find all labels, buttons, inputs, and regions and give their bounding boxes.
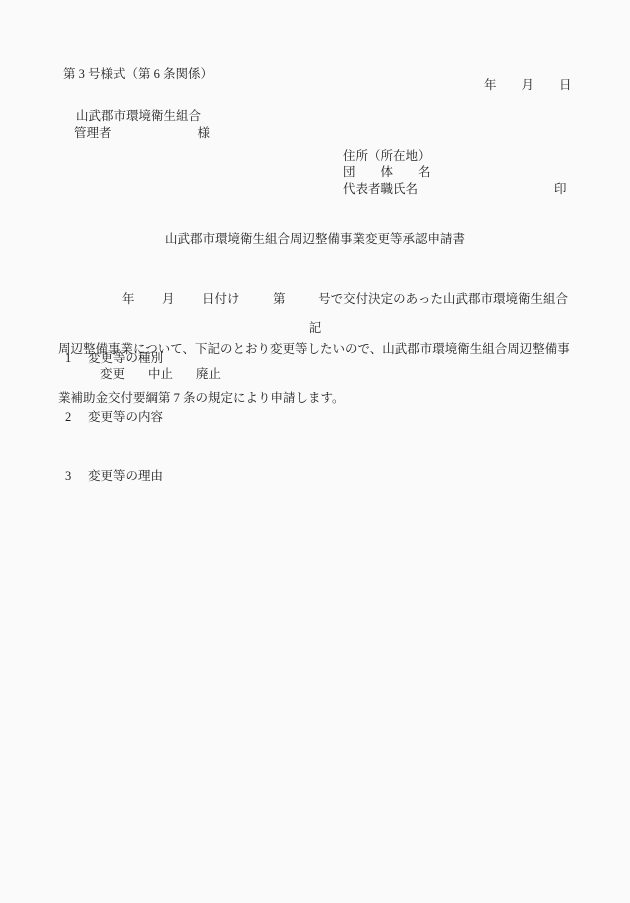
list-item-3: 3変更等の理由 (65, 468, 163, 484)
option-suspend: 中止 (148, 366, 173, 382)
item-2-label: 変更等の内容 (88, 410, 163, 424)
addressee-role-line: 管理者様 (74, 125, 210, 141)
document-page: { "page": { "background_color": "#fafafa… (0, 0, 630, 903)
date-month-label: 月 (522, 77, 535, 93)
body-line-1: 年月日付け第号で交付決定のあった山武郡市環境衛生組合 (58, 291, 578, 308)
seal-mark: 印 (554, 181, 567, 197)
item-1-number: 1 (65, 350, 88, 366)
addressee-role: 管理者 (74, 126, 112, 140)
body-day-label: 日付け (202, 291, 240, 308)
form-number: 第 3 号様式（第 6 条関係） (63, 66, 213, 82)
body-number-prefix-label: 第 (273, 291, 286, 308)
item-3-number: 3 (65, 468, 88, 484)
list-item-1: 1変更等の種別 (65, 350, 163, 366)
body-year-label: 年 (122, 291, 135, 308)
date-year-label: 年 (484, 78, 497, 92)
body-paragraph: 年月日付け第号で交付決定のあった山武郡市環境衛生組合 周辺整備事業について、下記… (58, 258, 578, 423)
list-item-2: 2変更等の内容 (65, 409, 163, 425)
body-line-1-tail: 号で交付決定のあった山武郡市環境衛生組合 (318, 291, 568, 308)
item-2-number: 2 (65, 409, 88, 425)
applicant-representative-line: 代表者職氏名印 (343, 181, 567, 197)
date-line: 年月日 (484, 77, 572, 93)
option-change: 変更 (100, 366, 125, 382)
addressee-organization: 山武郡市環境衛生組合 (76, 108, 201, 124)
item-1-label: 変更等の種別 (88, 351, 163, 365)
applicant-group-name-label: 団 体 名 (343, 164, 431, 180)
item-1-options: 変更中止廃止 (100, 366, 221, 382)
document-title: 山武郡市環境衛生組合周辺整備事業変更等承認申請書 (0, 231, 630, 247)
applicant-address-label: 住所（所在地） (343, 148, 431, 164)
option-abolish: 廃止 (196, 366, 221, 382)
record-marker: 記 (0, 320, 630, 336)
item-3-label: 変更等の理由 (88, 469, 163, 483)
body-line-3: 業補助金交付要綱第 7 条の規定により申請します。 (58, 390, 578, 407)
applicant-representative-label: 代表者職氏名 (343, 182, 418, 196)
addressee-honorific: 様 (198, 125, 211, 141)
date-day-label: 日 (559, 77, 572, 93)
body-month-label: 月 (162, 291, 175, 308)
